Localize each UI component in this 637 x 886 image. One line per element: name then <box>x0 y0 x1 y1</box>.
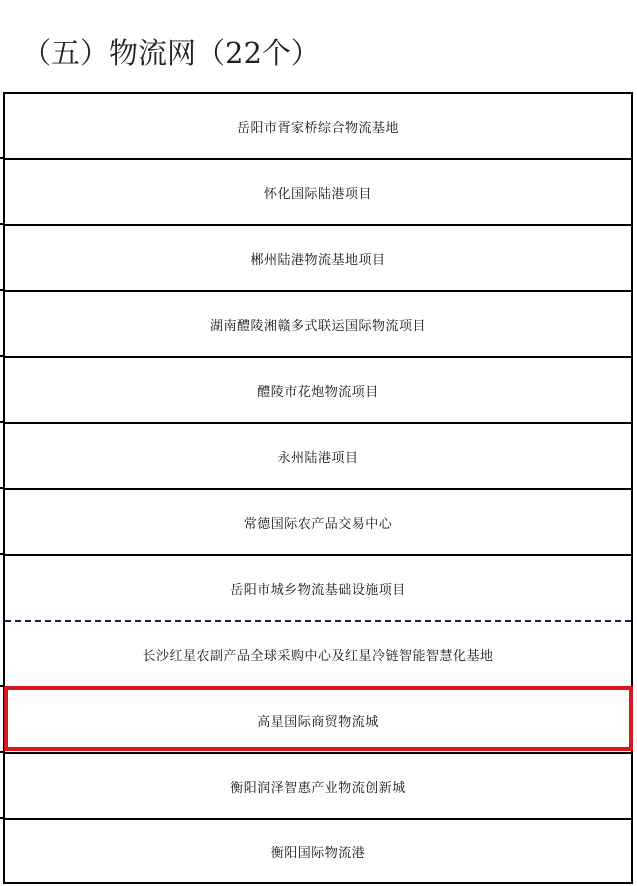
project-name: 长沙红星农副产品全球采购中心及红星冷链智能智慧化基地 <box>142 645 493 664</box>
table-row: 郴州陆港物流基地项目 <box>5 224 631 290</box>
table-edge-tick <box>0 817 4 819</box>
table-row: 衡阳国际物流港 <box>5 818 631 884</box>
project-name: 怀化国际陆港项目 <box>264 183 372 202</box>
table-row: 永州陆港项目 <box>5 422 631 488</box>
project-name: 岳阳市胥家桥综合物流基地 <box>237 117 399 136</box>
section-title: （五）物流网（22个） <box>22 30 320 76</box>
table-edge-tick <box>0 223 4 225</box>
table-row: 常德国际农产品交易中心 <box>5 488 631 554</box>
project-name: 醴陵市花炮物流项目 <box>257 381 379 400</box>
table-row: 长沙红星农副产品全球采购中心及红星冷链智能智慧化基地 <box>5 620 631 686</box>
project-name: 衡阳国际物流港 <box>271 842 366 861</box>
table-row: 怀化国际陆港项目 <box>5 158 631 224</box>
table-row: 岳阳市胥家桥综合物流基地 <box>5 92 631 158</box>
table-edge-tick <box>0 553 4 555</box>
table-edge-tick <box>0 421 4 423</box>
table-row: 湖南醴陵湘赣多式联运国际物流项目 <box>5 290 631 356</box>
project-name: 郴州陆港物流基地项目 <box>250 249 385 268</box>
project-name: 岳阳市城乡物流基础设施项目 <box>230 579 406 598</box>
table-row: 岳阳市城乡物流基础设施项目 <box>5 554 631 620</box>
project-name: 常德国际农产品交易中心 <box>244 513 393 532</box>
table-row: 醴陵市花炮物流项目 <box>5 356 631 422</box>
table-edge-tick <box>0 685 4 687</box>
table-row-highlighted: 高星国际商贸物流城 <box>5 686 631 752</box>
project-name: 高星国际商贸物流城 <box>257 711 379 730</box>
table-edge-tick <box>0 487 4 489</box>
project-name: 湖南醴陵湘赣多式联运国际物流项目 <box>210 315 426 334</box>
project-name: 永州陆港项目 <box>277 447 358 466</box>
project-name: 衡阳润泽智惠产业物流创新城 <box>230 777 406 796</box>
logistics-project-table: 岳阳市胥家桥综合物流基地 怀化国际陆港项目 郴州陆港物流基地项目 湖南醴陵湘赣多… <box>3 92 633 884</box>
table-edge-tick <box>0 355 4 357</box>
table-edge-tick <box>0 157 4 159</box>
table-edge-tick <box>0 751 4 753</box>
table-edge-tick <box>0 289 4 291</box>
table-row: 衡阳润泽智惠产业物流创新城 <box>5 752 631 818</box>
